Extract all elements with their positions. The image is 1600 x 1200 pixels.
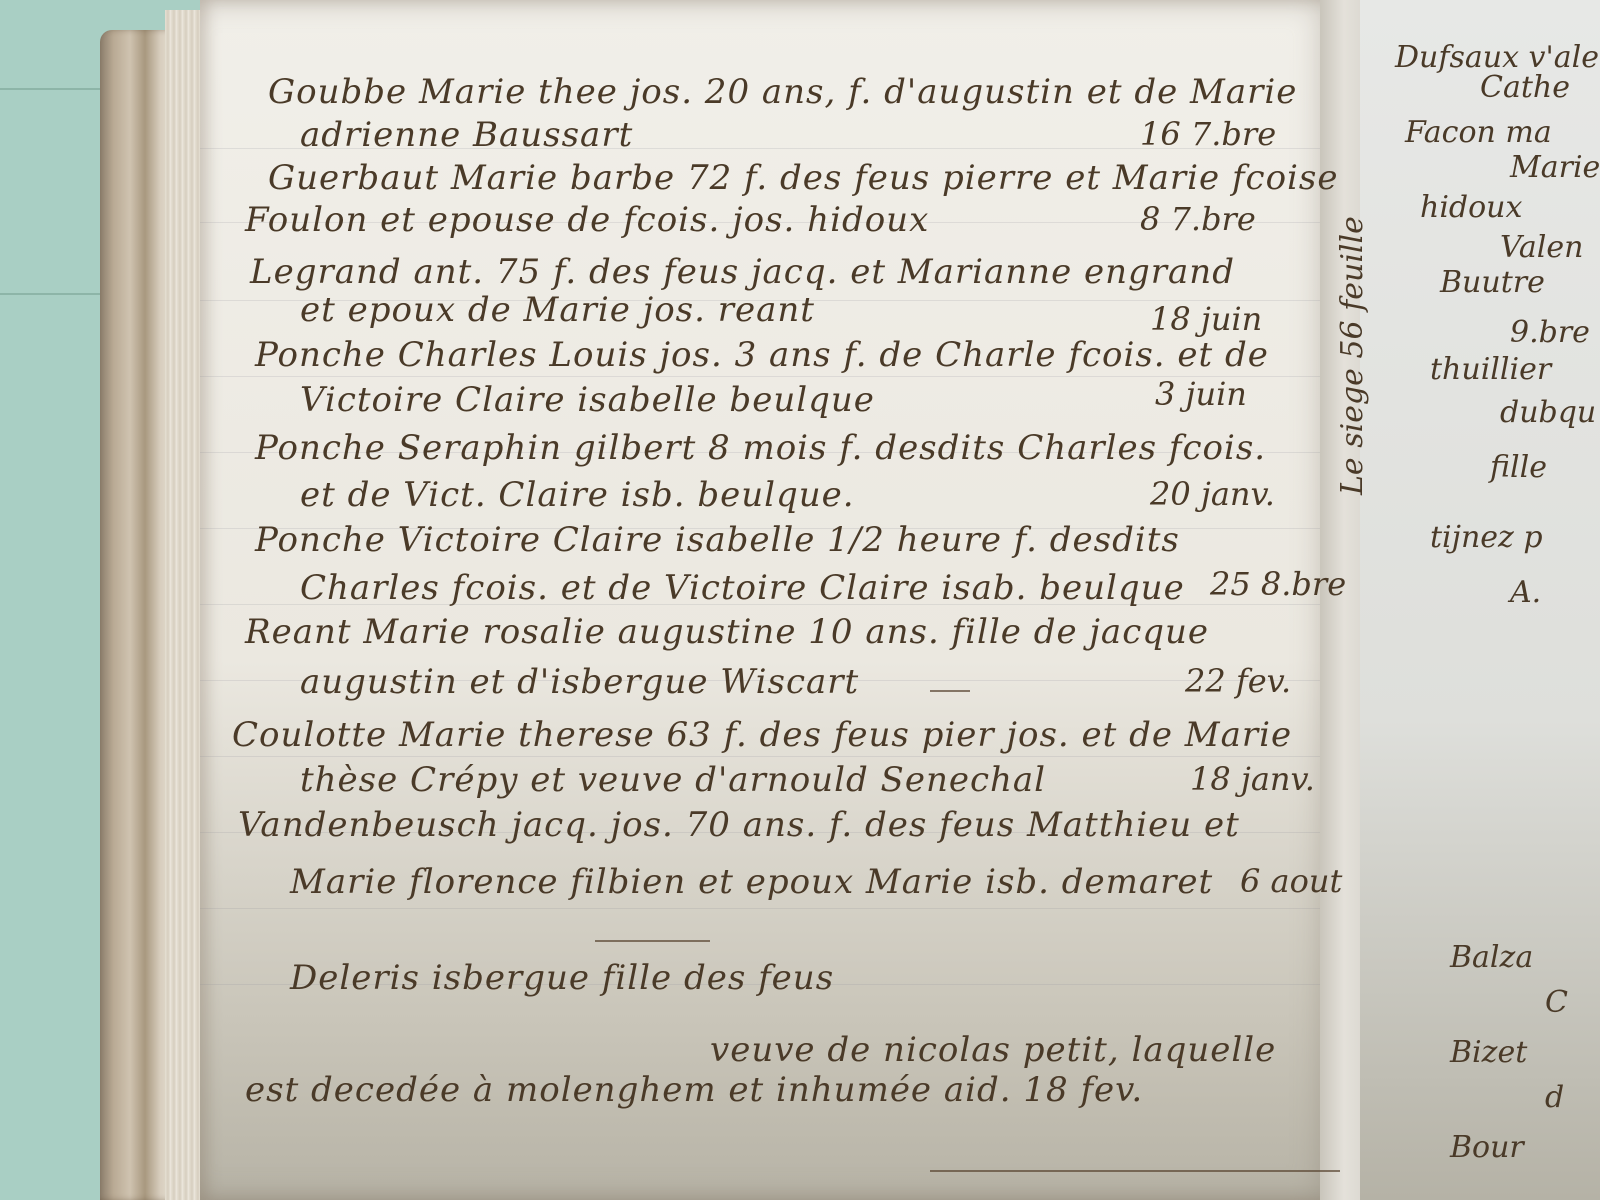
line-filler-stroke — [930, 690, 970, 692]
entry-5-date: 20 janv. — [1150, 475, 1275, 513]
entry-7-date: 22 fev. — [1185, 662, 1291, 700]
right-fragment: Buutre — [1440, 265, 1545, 300]
entry-2-line-2: Foulon et epouse de fcois. jos. hidoux — [245, 200, 929, 240]
entry-8-line-2: thèse Crépy et veuve d'arnould Senechal — [300, 760, 1046, 800]
separator-stroke — [595, 940, 710, 942]
book-spine-binding — [100, 30, 175, 1200]
right-fragment: 9.bre — [1510, 315, 1590, 350]
right-fragment: C — [1545, 985, 1568, 1020]
background-crease — [0, 293, 100, 295]
entry-3-line-1: Legrand ant. 75 f. des feus jacq. et Mar… — [250, 252, 1235, 292]
background-crease — [0, 88, 100, 90]
entry-8-date: 18 janv. — [1190, 760, 1315, 798]
entry-5-line-2: et de Vict. Claire isb. beulque. — [300, 475, 855, 515]
right-fragment: Balza — [1450, 940, 1533, 975]
entry-2-date: 8 7.bre — [1140, 200, 1256, 238]
right-fragment: Facon ma — [1405, 115, 1552, 150]
entry-8-line-1: Coulotte Marie therese 63 f. des feus pi… — [232, 715, 1292, 755]
final-entry-line-1: Deleris isbergue fille des feus — [290, 958, 834, 998]
right-fragment: Valen — [1500, 230, 1583, 265]
entry-7-line-2: augustin et d'isbergue Wiscart — [300, 662, 859, 702]
right-fragment: A. — [1510, 575, 1541, 610]
right-fragment: fille — [1490, 450, 1547, 485]
entry-1-line-2: adrienne Baussart — [300, 115, 633, 155]
right-fragment: dubqu — [1500, 395, 1596, 430]
margin-note: Le siege 56 feuille — [1335, 216, 1370, 495]
entry-1-date: 16 7.bre — [1140, 115, 1276, 153]
entry-7-line-1: Reant Marie rosalie augustine 10 ans. fi… — [245, 612, 1209, 652]
entry-9-line-2: Marie florence filbien et epoux Marie is… — [290, 862, 1213, 902]
entry-4-line-1: Ponche Charles Louis jos. 3 ans f. de Ch… — [255, 335, 1269, 375]
right-fragment: Bour — [1450, 1130, 1524, 1165]
final-entry-line-2: veuve de nicolas petit, laquelle — [710, 1030, 1276, 1070]
entry-6-line-1: Ponche Victoire Claire isabelle 1/2 heur… — [255, 520, 1180, 560]
entry-6-date: 25 8.bre — [1210, 565, 1346, 603]
entry-6-line-2: Charles fcois. et de Victoire Claire isa… — [300, 568, 1185, 608]
entry-3-line-2: et epoux de Marie jos. reant — [300, 290, 815, 330]
entry-4-date: 3 juin — [1155, 375, 1247, 413]
right-fragment: Cathe — [1480, 70, 1570, 105]
entry-2-line-1: Guerbaut Marie barbe 72 f. des feus pier… — [268, 158, 1338, 198]
entry-9-date: 6 aout — [1240, 862, 1342, 900]
bottom-stroke — [930, 1170, 1340, 1172]
entry-5-line-1: Ponche Seraphin gilbert 8 mois f. desdit… — [255, 428, 1266, 468]
entry-1-line-1: Goubbe Marie thee jos. 20 ans, f. d'augu… — [268, 72, 1297, 112]
right-fragment: d — [1545, 1080, 1564, 1115]
right-fragment: hidoux — [1420, 190, 1522, 225]
entry-9-line-1: Vandenbeusch jacq. jos. 70 ans. f. des f… — [238, 805, 1240, 845]
entry-4-line-2: Victoire Claire isabelle beulque — [300, 380, 875, 420]
final-entry-line-3: est decedée à molenghem et inhumée aid. … — [245, 1070, 1143, 1110]
right-fragment: tijnez p — [1430, 520, 1543, 555]
entry-3-date: 18 juin — [1150, 300, 1262, 338]
right-fragment: Bizet — [1450, 1035, 1527, 1070]
right-fragment: thuillier — [1430, 352, 1551, 387]
right-fragment: Marie — [1510, 150, 1600, 185]
